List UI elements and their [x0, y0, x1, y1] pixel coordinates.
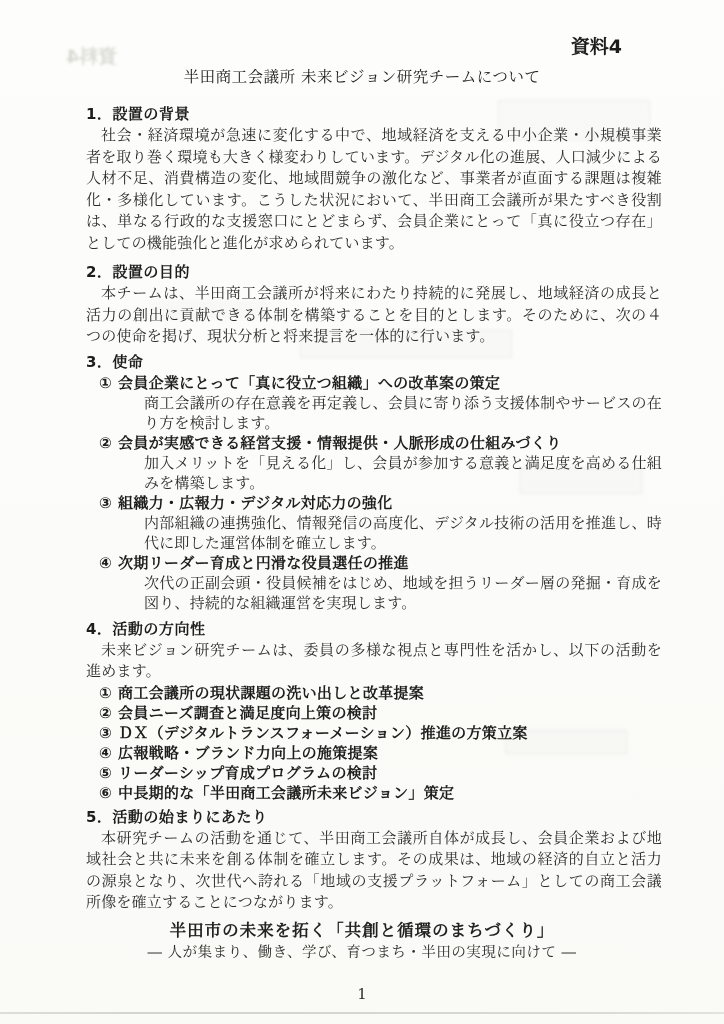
slogan-line-2: ― 人が集まり、働き、学び、育つまち・半田の実現に向けて ― — [0, 943, 724, 963]
circled-number: ① — [99, 374, 118, 392]
mission-item: ②会員が実感できる経営支援・情報提供・人脈形成の仕組みづくり 加入メリットを「見… — [86, 433, 662, 493]
section-4-body: 未来ビジョン研究チームは、委員の多様な視点と専門性を活かし、以下の活動を進めます… — [86, 640, 662, 683]
circled-number: ③ — [99, 724, 118, 742]
activity-item: ①商工会議所の現状課題の洗い出しと改革提案 — [86, 683, 662, 703]
circled-number: ③ — [99, 494, 118, 512]
activity-item: ③ＤＸ（デジタルトランスフォーメーション）推進の方策立案 — [86, 723, 662, 743]
mission-3-desc: 内部組織の連携強化、情報発信の高度化、デジタル技術の活用を推進し、時代に即した運… — [99, 513, 662, 553]
mission-4-desc: 次代の正副会頭・役員候補をはじめ、地域を担うリーダー層の発掘・育成を図り、持続的… — [99, 573, 662, 613]
scanned-document-page: 資料4 資料4 半田商工会議所 未来ビジョン研究チームについて 1．設置の背景 … — [0, 0, 724, 1024]
section-4-heading: 4．活動の方向性 — [86, 619, 662, 640]
section-3-heading: 3．使命 — [86, 352, 662, 373]
mission-1-title: ①会員企業にとって「真に役立つ組織」への改革案の策定 — [99, 373, 662, 393]
circled-number: ② — [99, 704, 118, 722]
circled-number: ④ — [99, 744, 118, 762]
circled-number: ① — [99, 684, 118, 702]
page-title: 半田商工会議所 未来ビジョン研究チームについて — [0, 66, 724, 88]
scan-edge-line — [0, 1012, 724, 1014]
circled-number: ② — [99, 434, 118, 452]
document-content: 資料4 半田商工会議所 未来ビジョン研究チームについて 1．設置の背景 社会・経… — [0, 0, 724, 1003]
section-5-heading: 5．活動の始まりにあたり — [86, 807, 662, 828]
page-number: 1 — [0, 985, 724, 1003]
activity-item: ⑤リーダーシップ育成プログラムの検討 — [86, 763, 662, 783]
mission-3-title: ③組織力・広報力・デジタル対応力の強化 — [99, 493, 662, 513]
mission-item: ①会員企業にとって「真に役立つ組織」への改革案の策定 商工会議所の存在意義を再定… — [86, 373, 662, 433]
section-1-heading: 1．設置の背景 — [86, 104, 662, 125]
mission-item: ④次期リーダー育成と円滑な役員選任の推進 次代の正副会頭・役員候補をはじめ、地域… — [86, 553, 662, 613]
mission-1-desc: 商工会議所の存在意義を再定義し、会員に寄り添う支援体制やサービスの在り方を検討し… — [99, 393, 662, 433]
activity-item: ⑥中長期的な「半田商工会議所未来ビジョン」策定 — [86, 783, 662, 803]
section-2-heading: 2．設置の目的 — [86, 262, 662, 283]
activity-item: ②会員ニーズ調査と満足度向上策の検討 — [86, 703, 662, 723]
section-2-body: 本チームは、半田商工会議所が将来にわたり持続的に発展し、地域経済の成長と活力の創… — [86, 283, 662, 348]
doc-label: 資料4 — [0, 36, 724, 58]
circled-number: ⑥ — [99, 784, 118, 802]
section-1-body: 社会・経済環境が急速に変化する中で、地域経済を支える中小企業・小規模事業者を取り… — [86, 125, 662, 254]
slogan-line-1: 半田市の未来を拓く「共創と循環のまちづくり」 — [0, 920, 724, 942]
mission-item: ③組織力・広報力・デジタル対応力の強化 内部組織の連携強化、情報発信の高度化、デ… — [86, 493, 662, 553]
circled-number: ⑤ — [99, 764, 118, 782]
mission-2-title: ②会員が実感できる経営支援・情報提供・人脈形成の仕組みづくり — [99, 433, 662, 453]
mission-2-desc: 加入メリットを「見える化」し、会員が参加する意義と満足度を高める仕組みを構築しま… — [99, 453, 662, 493]
mission-4-title: ④次期リーダー育成と円滑な役員選任の推進 — [99, 553, 662, 573]
circled-number: ④ — [99, 554, 118, 572]
section-5-body: 本研究チームの活動を通じて、半田商工会議所自体が成長し、会員企業および地域社会と… — [86, 828, 662, 914]
activity-item: ④広報戦略・ブランド力向上の施策提案 — [86, 743, 662, 763]
